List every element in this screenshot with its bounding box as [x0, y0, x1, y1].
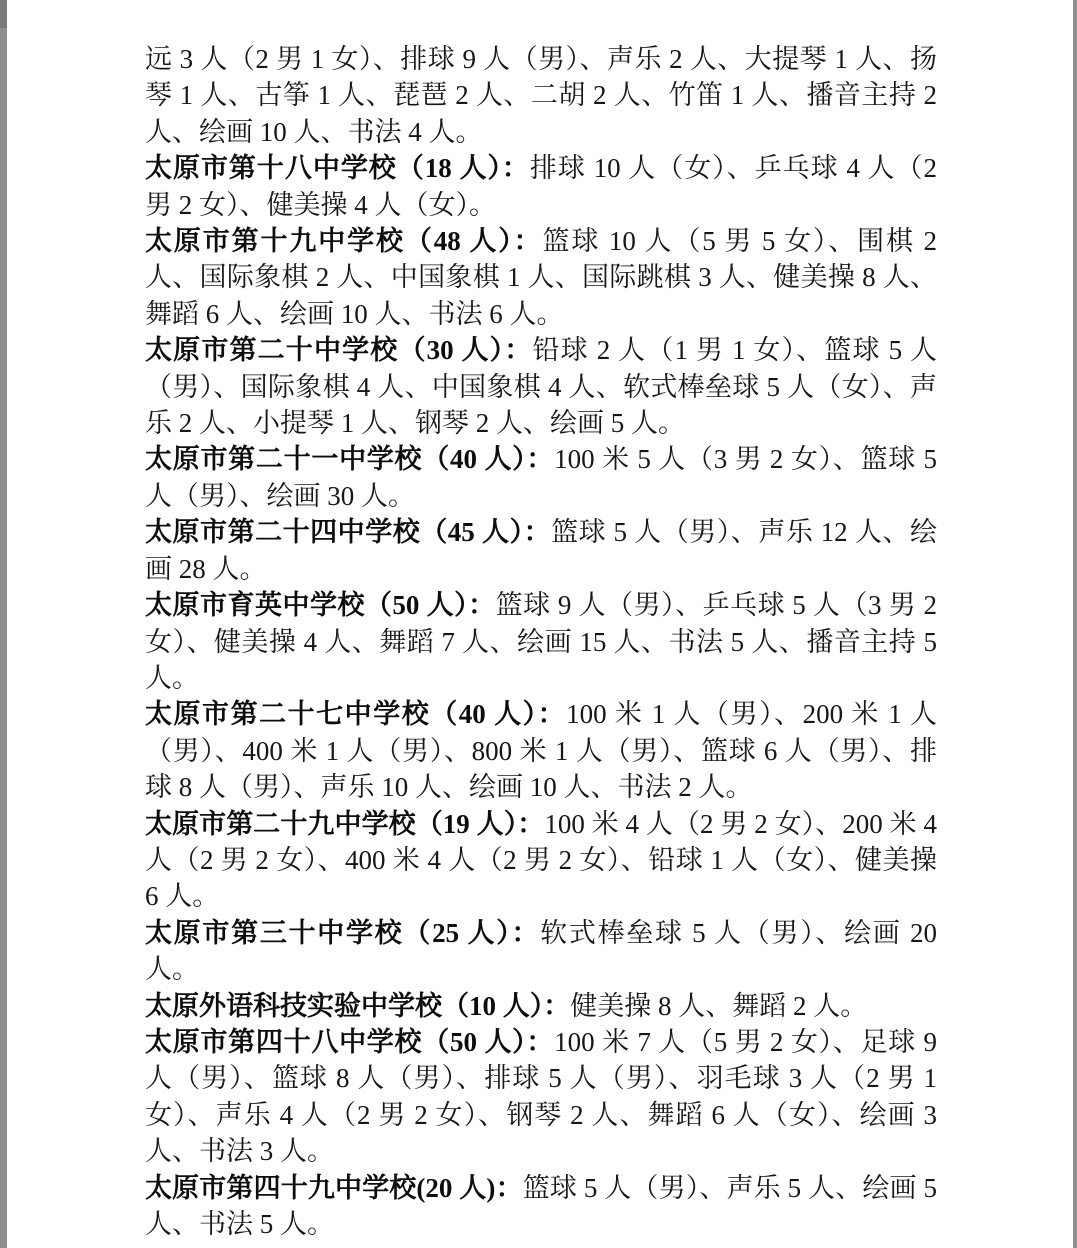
school-name: 太原市第二十四中学校（45 人）：: [145, 517, 551, 547]
school-entry: 远 3 人（2 男 1 女）、排球 9 人（男）、声乐 2 人、大提琴 1 人、…: [145, 41, 937, 150]
school-entry: 太原市第二十一中学校（40 人）：100 米 5 人（3 男 2 女）、篮球 5…: [145, 441, 937, 514]
school-entry: 太原市第四十八中学校（50 人）：100 米 7 人（5 男 2 女）、足球 9…: [145, 1024, 937, 1170]
school-name: 太原市第四十八中学校（50 人）：: [145, 1027, 554, 1057]
school-entry: 太原市第四十九中学校(20 人)：篮球 5 人（男）、声乐 5 人、绘画 5 人…: [145, 1170, 937, 1243]
entry-details: 健美操 8 人、舞蹈 2 人。: [570, 991, 867, 1021]
school-entry: 太原市第二十中学校（30 人）：铅球 2 人（1 男 1 女）、篮球 5 人（男…: [145, 332, 937, 441]
school-name: 太原市第十八中学校（18 人）：: [145, 153, 530, 183]
document-page: 远 3 人（2 男 1 女）、排球 9 人（男）、声乐 2 人、大提琴 1 人、…: [0, 0, 1077, 1248]
school-entry: 太原市育英中学校（50 人）：篮球 9 人（男）、乒乓球 5 人（3 男 2 女…: [145, 587, 937, 696]
school-entry: 太原市第二十七中学校（40 人）：100 米 1 人（男）、200 米 1 人（…: [145, 696, 937, 805]
school-entry: 太原市第二十四中学校（45 人）：篮球 5 人（男）、声乐 12 人、绘画 28…: [145, 514, 937, 587]
school-name: 太原市第四十九中学校(20 人)：: [145, 1173, 523, 1203]
school-name: 太原市育英中学校（50 人）：: [145, 590, 496, 620]
school-name: 太原市第二十一中学校（40 人）：: [145, 444, 554, 474]
entry-details: 远 3 人（2 男 1 女）、排球 9 人（男）、声乐 2 人、大提琴 1 人、…: [145, 44, 937, 147]
school-entry: 太原市第十九中学校（48 人）：篮球 10 人（5 男 5 女）、围棋 2 人、…: [145, 223, 937, 332]
school-name: 太原市第二十九中学校（19 人）：: [145, 809, 544, 839]
school-entry: 太原市第十八中学校（18 人）：排球 10 人（女）、乒乓球 4 人（2 男 2…: [145, 150, 937, 223]
school-name: 太原市第三十中学校（25 人）：: [145, 918, 540, 948]
text-block: 远 3 人（2 男 1 女）、排球 9 人（男）、声乐 2 人、大提琴 1 人、…: [145, 41, 937, 1242]
school-name: 太原市第二十中学校（30 人）：: [145, 335, 533, 365]
school-entry: 太原外语科技实验中学校（10 人）：健美操 8 人、舞蹈 2 人。: [145, 988, 937, 1024]
school-name: 太原市第十九中学校（48 人）：: [145, 226, 543, 256]
page-edge-right: [1073, 0, 1077, 1248]
page-edge-corner: [0, 0, 7, 28]
school-name: 太原外语科技实验中学校（10 人）：: [145, 991, 570, 1021]
school-entry: 太原市第二十九中学校（19 人）：100 米 4 人（2 男 2 女）、200 …: [145, 806, 937, 915]
school-name: 太原市第二十七中学校（40 人）：: [145, 699, 566, 729]
school-entry: 太原市第三十中学校（25 人）：软式棒垒球 5 人（男）、绘画 20 人。: [145, 915, 937, 988]
page-edge-left: [0, 0, 7, 1248]
